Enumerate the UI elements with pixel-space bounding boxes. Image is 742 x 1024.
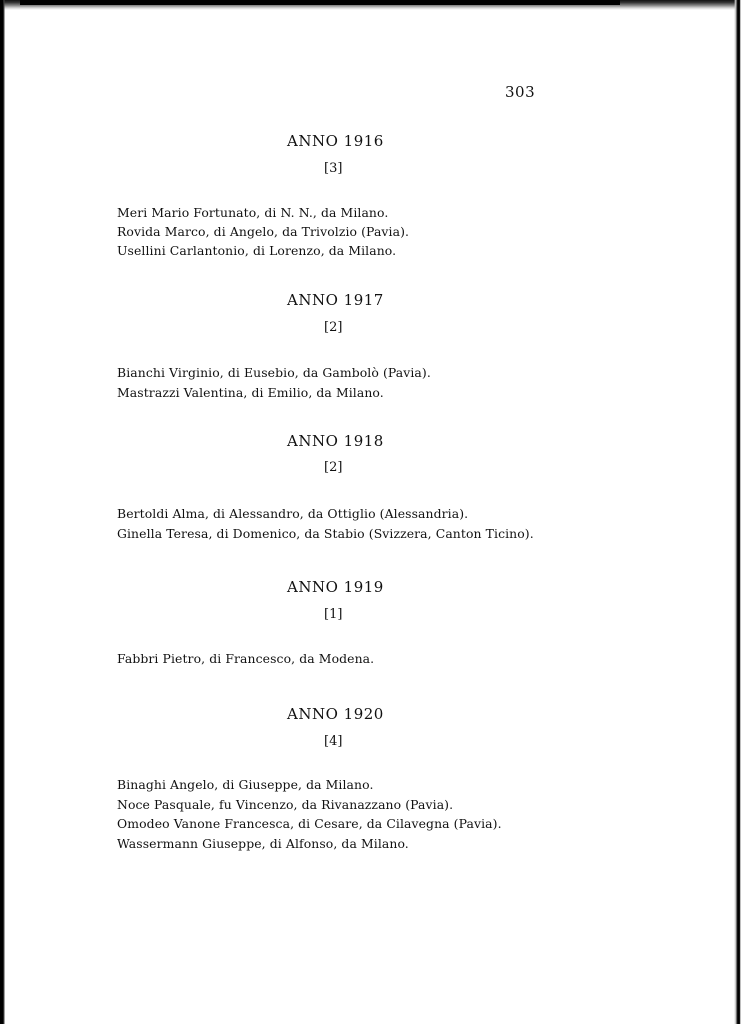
section-heading-1916: ANNO 1916 [287, 132, 384, 150]
entry: Omodeo Vanone Francesca, di Cesare, da C… [117, 816, 502, 831]
entry: Wassermann Giuseppe, di Alfonso, da Mila… [117, 836, 409, 851]
section-count-1919: [1] [324, 607, 342, 622]
section-heading-1917: ANNO 1917 [287, 291, 384, 309]
entry: Meri Mario Fortunato, di N. N., da Milan… [117, 205, 388, 220]
entry: Rovida Marco, di Angelo, da Trivolzio (P… [117, 224, 409, 239]
entry: Binaghi Angelo, di Giuseppe, da Milano. [117, 777, 374, 792]
entry: Noce Pasquale, fu Vincenzo, da Rivanazza… [117, 797, 453, 812]
entry: Usellini Carlantonio, di Lorenzo, da Mil… [117, 243, 396, 258]
section-heading-1918: ANNO 1918 [287, 432, 384, 450]
section-count-1916: [3] [324, 161, 342, 176]
scan-left-edge [0, 0, 5, 1024]
section-count-1920: [4] [324, 734, 342, 749]
section-heading-1919: ANNO 1919 [287, 578, 384, 596]
scan-right-edge [734, 0, 742, 1024]
entry: Fabbri Pietro, di Francesco, da Modena. [117, 651, 374, 666]
section-count-1918: [2] [324, 460, 342, 475]
section-heading-1920: ANNO 1920 [287, 705, 384, 723]
scan-top-shadow [20, 0, 620, 5]
entry: Mastrazzi Valentina, di Emilio, da Milan… [117, 385, 384, 400]
entry: Bianchi Virginio, di Eusebio, da Gambolò… [117, 365, 431, 380]
entry: Bertoldi Alma, di Alessandro, da Ottigli… [117, 506, 468, 521]
page-number: 303 [505, 83, 535, 101]
section-count-1917: [2] [324, 320, 342, 335]
entry: Ginella Teresa, di Domenico, da Stabio (… [117, 526, 534, 541]
scanned-page: 303 ANNO 1916 [3] Meri Mario Fortunato, … [0, 0, 742, 1024]
